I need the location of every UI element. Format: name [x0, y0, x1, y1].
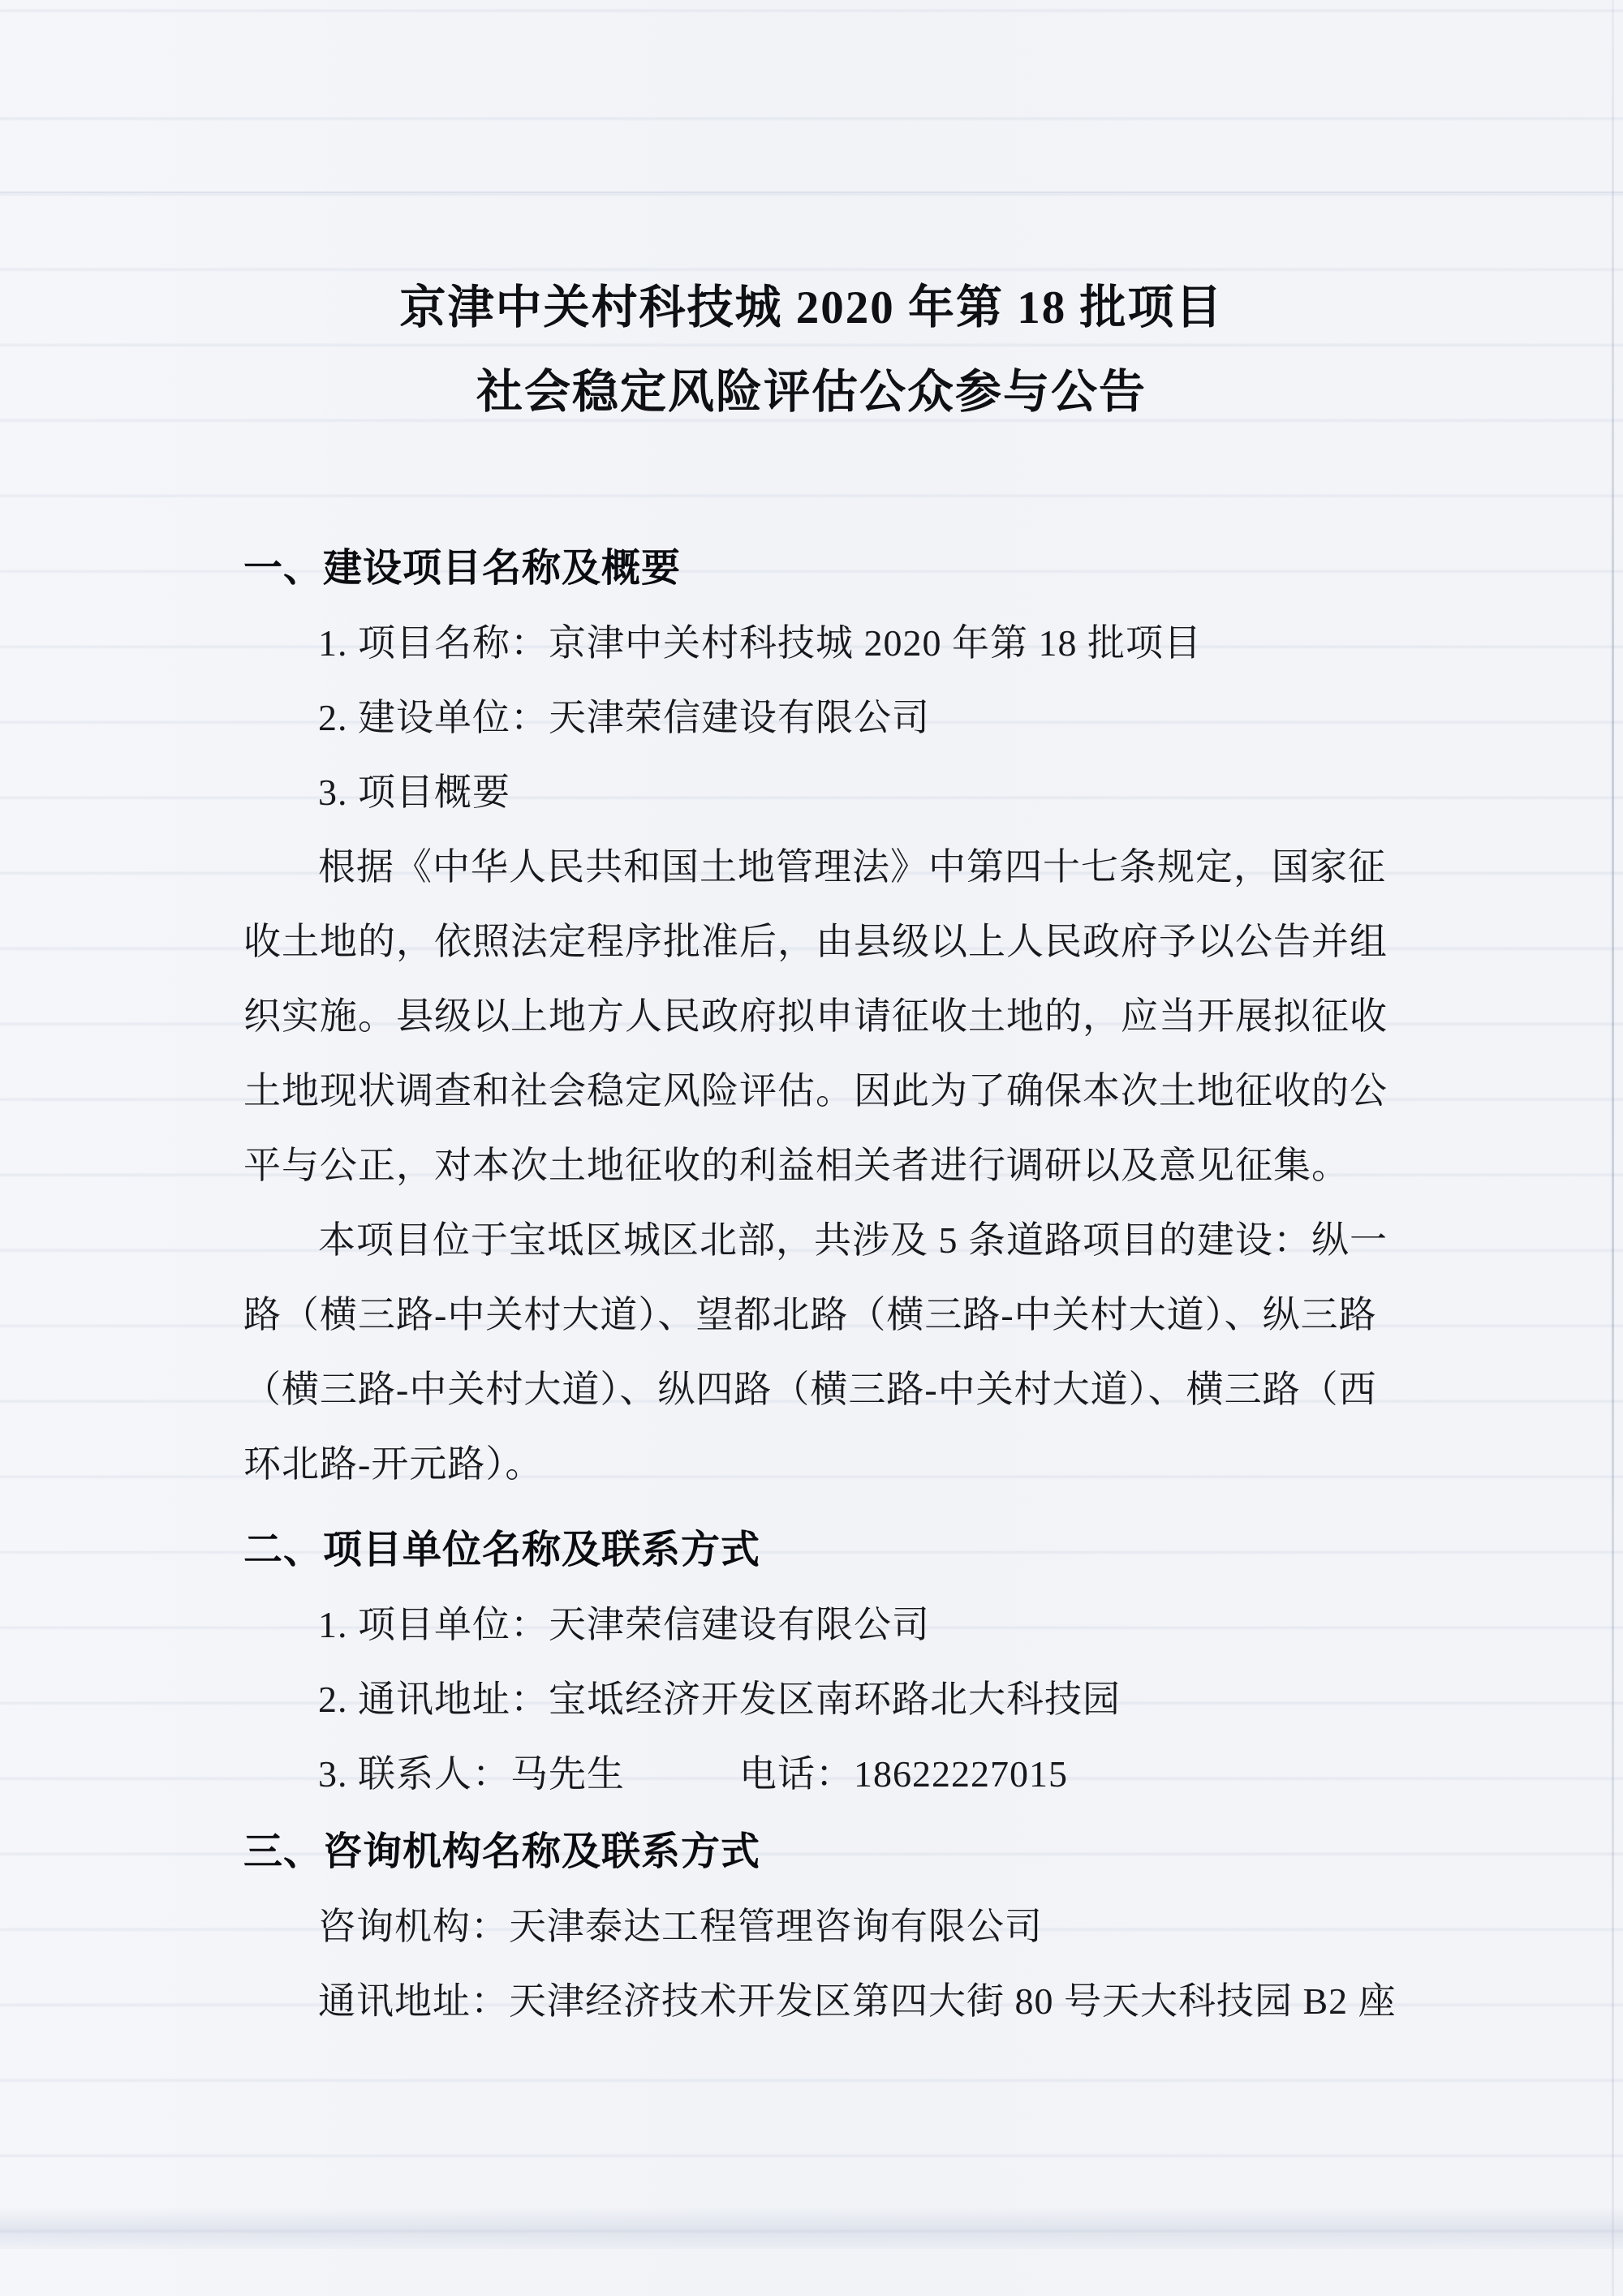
- summary-paragraph-line: 平与公正，对本次土地征收的利益相关者进行调研以及意见征集。: [243, 1129, 1380, 1203]
- location-paragraph-line: 本项目位于宝坻区城区北部，共涉及 5 条道路项目的建设：纵一: [243, 1203, 1380, 1278]
- consulting-address-line: 通讯地址：天津经济技术开发区第四大街 80 号天大科技园 B2 座: [243, 1964, 1380, 2039]
- summary-paragraph-line: 织实施。县级以上地方人民政府拟申请征收土地的，应当开展拟征收: [243, 979, 1380, 1054]
- construction-unit-line: 2. 建设单位：天津荣信建设有限公司: [243, 681, 1380, 755]
- consulting-org-line: 咨询机构：天津泰达工程管理咨询有限公司: [243, 1890, 1380, 1964]
- document-title: 京津中关村科技城 2020 年第 18 批项目 社会稳定风险评估公众参与公告: [0, 266, 1623, 435]
- location-paragraph-line: 环北路-开元路）。: [243, 1427, 1380, 1502]
- page-bottom-edge-artifact: [0, 2207, 1623, 2249]
- summary-paragraph-line: 收土地的，依照法定程序批准后，由县级以上人民政府予以公告并组: [243, 905, 1380, 979]
- document-body: 一、建设项目名称及概要 1. 项目名称：京津中关村科技城 2020 年第 18 …: [243, 531, 1380, 2039]
- location-paragraph-line: 路（横三路-中关村大道）、望都北路（横三路-中关村大道）、纵三路: [243, 1278, 1380, 1352]
- mailing-address-line: 2. 通讯地址：宝坻经济开发区南环路北大科技园: [243, 1662, 1380, 1737]
- section-2-heading: 二、项目单位名称及联系方式: [243, 1513, 1380, 1588]
- contact-person-line: 3. 联系人：马先生 电话：18622227015: [243, 1737, 1380, 1812]
- section-3-heading: 三、咨询机构名称及联系方式: [243, 1815, 1380, 1890]
- project-summary-label: 3. 项目概要: [243, 755, 1380, 830]
- project-name-line: 1. 项目名称：京津中关村科技城 2020 年第 18 批项目: [243, 606, 1380, 681]
- summary-paragraph-line: 根据《中华人民共和国土地管理法》中第四十七条规定，国家征: [243, 830, 1380, 905]
- summary-paragraph-line: 土地现状调查和社会稳定风险评估。因此为了确保本次土地征收的公: [243, 1054, 1380, 1129]
- scanned-document-page: 京津中关村科技城 2020 年第 18 批项目 社会稳定风险评估公众参与公告 一…: [0, 0, 1623, 2296]
- project-unit-line: 1. 项目单位：天津荣信建设有限公司: [243, 1588, 1380, 1662]
- document-title-line-2: 社会稳定风险评估公众参与公告: [0, 350, 1623, 435]
- document-title-line-1: 京津中关村科技城 2020 年第 18 批项目: [0, 266, 1623, 350]
- scan-artifact-line: [0, 191, 1623, 193]
- section-1-heading: 一、建设项目名称及概要: [243, 531, 1380, 606]
- location-paragraph-line: （横三路-中关村大道）、纵四路（横三路-中关村大道）、横三路（西: [243, 1352, 1380, 1427]
